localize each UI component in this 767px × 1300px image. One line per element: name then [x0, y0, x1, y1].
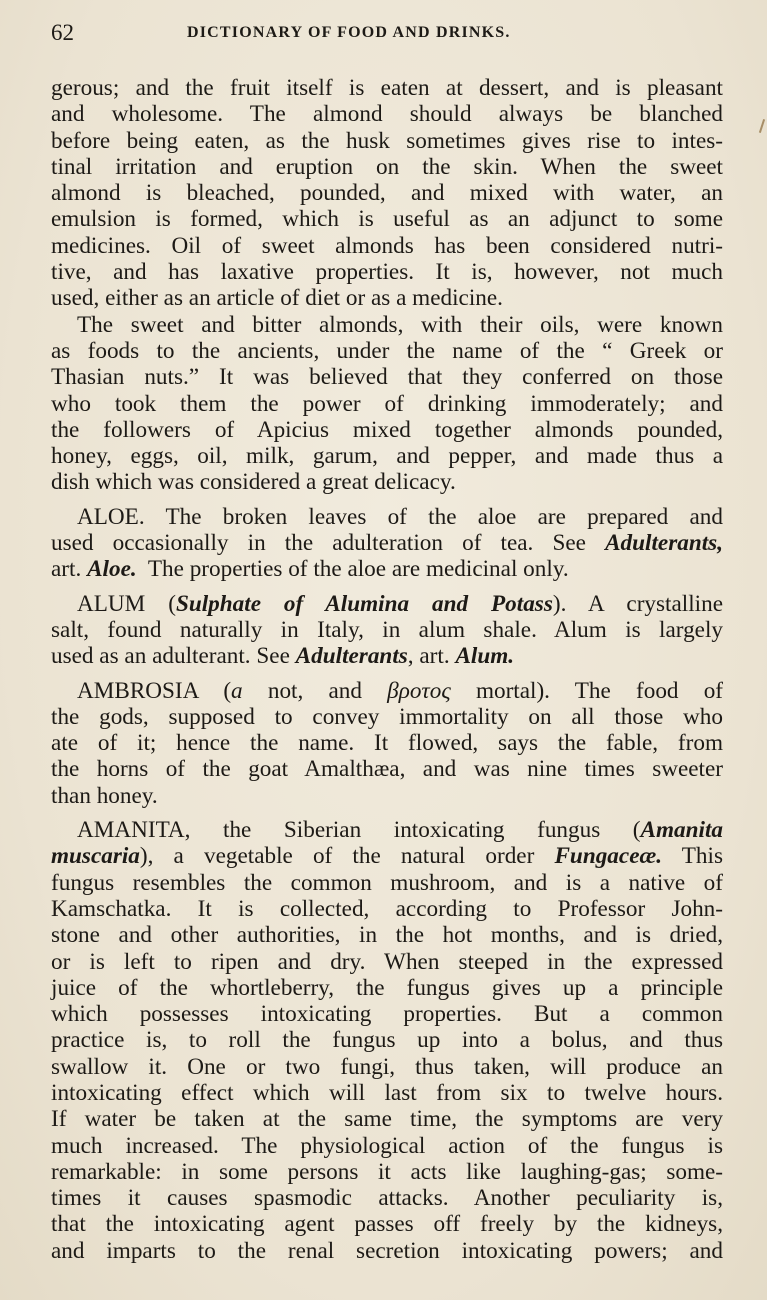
text-line: stone and other authorities, in the hot … — [51, 922, 723, 948]
text-line: AMANITA, the Siberian intoxicating fungu… — [51, 817, 723, 843]
text-line: tinal irritation and eruption on the ski… — [51, 154, 723, 180]
text-line: honey, eggs, oil, milk, garum, and peppe… — [51, 443, 723, 469]
paragraph-almond-continued: gerous; and the fruit itself is eaten at… — [51, 75, 723, 312]
text-line: salt, found naturally in Italy, in alum … — [51, 617, 723, 643]
italic-genus: Amanita — [641, 817, 723, 843]
text-line: or is left to ripen and dry. When steepe… — [51, 949, 723, 975]
text-line: muscaria), a vegetable of the natural or… — [51, 843, 723, 869]
text-line: remarkable: in some persons it acts like… — [51, 1159, 723, 1185]
text-line: ALOE. The broken leaves of the aloe are … — [51, 504, 723, 530]
text-line: swallow it. One or two fungi, thus taken… — [51, 1054, 723, 1080]
text-line: used occasionally in the adulteration of… — [51, 530, 723, 556]
text-line: times it causes spasmodic attacks. Anoth… — [51, 1185, 723, 1211]
italic-gloss: Sulphate of Alumina and Potass — [176, 591, 553, 617]
text-line: gerous; and the fruit itself is eaten at… — [51, 75, 723, 101]
paragraph-almond-history: The sweet and bitter almonds, with their… — [51, 312, 723, 496]
text-line: medicines. Oil of sweet almonds has been… — [51, 233, 723, 259]
page-body: gerous; and the fruit itself is eaten at… — [51, 75, 723, 1264]
cross-reference: Aloe. — [87, 556, 137, 582]
headword: ALUM — [77, 591, 145, 617]
text-line: fungus resembles the common mushroom, an… — [51, 870, 723, 896]
greek-prefix: a — [231, 678, 243, 704]
text-line: tive, and has laxative properties. It is… — [51, 259, 723, 285]
text-line: If water be taken at the same time, the … — [51, 1106, 723, 1132]
entry-alum: ALUM (Sulphate of Alumina and Potass). A… — [51, 591, 723, 670]
entry-ambrosia: AMBROSIA (a not, and βροτος mortal). The… — [51, 678, 723, 809]
text-line: practice is, to roll the fungus up into … — [51, 1027, 723, 1053]
text-line: almond is bleached, pounded, and mixed w… — [51, 180, 723, 206]
entry-aloe: ALOE. The broken leaves of the aloe are … — [51, 504, 723, 583]
text-line: ALUM (Sulphate of Alumina and Potass). A… — [51, 591, 723, 617]
text-line: the horns of the goat Amalthæa, and was … — [51, 756, 723, 782]
text-line: emulsion is formed, which is useful as a… — [51, 206, 723, 232]
text-line: and imparts to the renal secretion intox… — [51, 1238, 723, 1264]
headword: AMANITA, — [77, 817, 190, 843]
text-line: which possesses intoxicating properties.… — [51, 1001, 723, 1027]
text-line: dish which was considered a great delica… — [51, 469, 723, 495]
running-title: DICTIONARY OF FOOD AND DRINKS. — [187, 24, 511, 42]
greek-word: βροτος — [387, 678, 451, 704]
text-line: AMBROSIA (a not, and βροτος mortal). The… — [51, 678, 723, 704]
italic-species: muscaria — [51, 843, 140, 869]
text-line: the gods, supposed to convey immortality… — [51, 704, 723, 730]
text-line: ate of it; hence the name. It flowed, sa… — [51, 730, 723, 756]
headword: ALOE. — [77, 504, 145, 530]
text-line: Thasian nuts.” It was believed that they… — [51, 364, 723, 390]
headword: AMBROSIA — [77, 678, 198, 704]
text-line: the followers of Apicius mixed together … — [51, 417, 723, 443]
page-number: 62 — [51, 20, 74, 46]
text-line: Kamschatka. It is collected, according t… — [51, 896, 723, 922]
text-line: before being eaten, as the husk sometime… — [51, 128, 723, 154]
italic-order: Fungaceæ. — [554, 843, 662, 869]
text-line: as foods to the ancients, under the name… — [51, 338, 723, 364]
text-line: art. Aloe. The properties of the aloe ar… — [51, 556, 723, 582]
text-line: who took them the power of drinking immo… — [51, 391, 723, 417]
text-line: much increased. The physiological action… — [51, 1133, 723, 1159]
text-line: intoxicating effect which will last from… — [51, 1080, 723, 1106]
cross-reference: Alum. — [455, 643, 514, 669]
text-line: used as an adulterant. See Adulterants, … — [51, 643, 723, 669]
margin-mark — [759, 119, 765, 133]
entry-amanita: AMANITA, the Siberian intoxicating fungu… — [51, 817, 723, 1264]
text-line: juice of the whortleberry, the fungus gi… — [51, 975, 723, 1001]
text-line: and wholesome. The almond should always … — [51, 101, 723, 127]
text-line: than honey. — [51, 783, 723, 809]
page-header: 62 DICTIONARY OF FOOD AND DRINKS. — [51, 20, 727, 50]
cross-reference: Adulterants — [296, 643, 408, 669]
text-line: used, either as an article of diet or as… — [51, 285, 723, 311]
text-line: The sweet and bitter almonds, with their… — [51, 312, 723, 338]
cross-reference: Adulterants, — [605, 530, 723, 556]
text-line: that the intoxicating agent passes off f… — [51, 1211, 723, 1237]
